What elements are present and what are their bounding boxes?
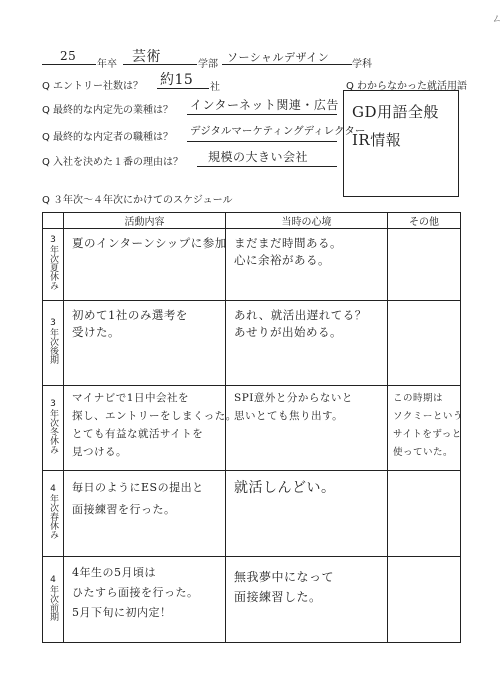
department-suffix-label: 学科 (352, 55, 372, 70)
department-value: ソーシャルデザイン (227, 49, 329, 65)
activity-line: 毎日のようにESの提出と (72, 477, 219, 499)
period-label: 3年次夏休み (48, 235, 58, 290)
table-header-row: 活動内容 当時の心境 その他 (43, 213, 461, 229)
activity-cell: 初めて1社のみ選考を 受けた。 (64, 301, 226, 386)
answer-underline (197, 166, 337, 167)
feeling-line: SPI意外と分からないと (234, 389, 381, 407)
year-underline (42, 64, 96, 65)
activity-line: 5月下旬に初内定！ (72, 603, 219, 623)
feeling-line: あれ、就活出遅れてる？ (234, 307, 381, 324)
other-line: ソクミーという (393, 408, 457, 426)
answer-value: インターネット関連・広告 (190, 96, 339, 113)
activity-line: ひたすら面接を行った。 (72, 583, 219, 603)
terms-line: IR情報 (352, 129, 401, 150)
other-cell: この時期は ソクミーという サイトをずっと 使っていた。 (388, 386, 461, 471)
period-cell: 3年次夏休み (43, 229, 64, 301)
period-cell: 4年次春休み (43, 471, 64, 557)
column-header-other: その他 (388, 213, 461, 229)
terms-answer-box: GD用語全般 IR情報 (343, 90, 459, 197)
schedule-table: 活動内容 当時の心境 その他 3年次夏休み 夏のインターンシップに参加 まだまだ… (42, 212, 461, 643)
answer-underline (187, 141, 337, 142)
activity-cell: 4年生の5月頃は ひたすら面接を行った。 5月下旬に初内定！ (64, 557, 226, 643)
feeling-cell: 就活しんどい。 (226, 471, 388, 557)
activity-line: 4年生の5月頃は (72, 563, 219, 583)
period-cell: 3年次後期 (43, 301, 64, 386)
faculty-suffix-label: 学部 (198, 55, 218, 70)
answer-value: デジタルマーケティングディレクター (190, 123, 365, 138)
terms-line: GD用語全般 (352, 101, 439, 122)
answer-underline (187, 114, 337, 115)
activity-cell: マイナビで1日中会社を 探し、エントリーをしまくった。 とても有益な就活サイトを… (64, 386, 226, 471)
feeling-line: あせりが出始める。 (234, 324, 381, 341)
other-cell (388, 557, 461, 643)
period-label: 4年次春休み (48, 484, 58, 539)
feeling-line: 就活しんどい。 (234, 477, 381, 499)
table-row: 4年次前期 4年生の5月頃は ひたすら面接を行った。 5月下旬に初内定！ 無我夢… (43, 557, 461, 643)
question-label: Q エントリー社数は？ (42, 77, 143, 92)
feeling-cell: SPI意外と分からないと 思いとても焦り出す。 (226, 386, 388, 471)
faculty-value: 芸術 (132, 46, 161, 66)
feeling-line: 心に余裕がある。 (234, 252, 381, 269)
feeling-cell: まだまだ時間ある。 心に余裕がある。 (226, 229, 388, 301)
table-row: 3年次冬休み マイナビで1日中会社を 探し、エントリーをしまくった。 とても有益… (43, 386, 461, 471)
schedule-title: Q ３年次～４年次にかけてのスケジュール (42, 191, 232, 206)
period-cell: 4年次前期 (43, 557, 64, 643)
graduation-year: 25 (60, 49, 76, 63)
other-cell (388, 229, 461, 301)
column-header-period (43, 213, 64, 229)
column-header-activity: 活動内容 (64, 213, 226, 229)
answer-value: 規模の大きい会社 (208, 148, 308, 165)
table-row: 3年次後期 初めて1社のみ選考を 受けた。 あれ、就活出遅れてる？ あせりが出始… (43, 301, 461, 386)
table-row: 4年次春休み 毎日のようにESの提出と 面接練習を行った。 就活しんどい。 (43, 471, 461, 557)
activity-line: 見つける。 (72, 443, 219, 461)
activity-cell: 夏のインターンシップに参加 (64, 229, 226, 301)
answer-suffix: 社 (210, 78, 220, 93)
activity-line: 夏のインターンシップに参加 (72, 235, 219, 252)
column-header-feeling: 当時の心境 (226, 213, 388, 229)
activity-line: マイナビで1日中会社を (72, 389, 219, 407)
activity-line: とても有益な就活サイトを (72, 425, 219, 443)
table-row: 3年次夏休み 夏のインターンシップに参加 まだまだ時間ある。 心に余裕がある。 (43, 229, 461, 301)
feeling-line: まだまだ時間ある。 (234, 235, 381, 252)
answer-value: 約15 (160, 69, 193, 89)
activity-cell: 毎日のようにESの提出と 面接練習を行った。 (64, 471, 226, 557)
question-label: Q 最終的な内定先の業種は？ (42, 101, 173, 116)
other-line: この時期は (393, 390, 457, 408)
feeling-cell: 無我夢中になって 面接練習した。 (226, 557, 388, 643)
activity-line: 初めて1社のみ選考を (72, 307, 219, 324)
period-label: 3年次冬休み (48, 399, 58, 454)
other-cell (388, 471, 461, 557)
question-label: Q 入社を決めた１番の理由は？ (42, 153, 183, 168)
question-label: Q 最終的な内定者の職種は？ (42, 128, 173, 143)
other-line: 使っていた。 (393, 444, 457, 462)
feeling-line: 無我夢中になって (234, 567, 381, 587)
corner-mark: ㄥ (492, 10, 500, 25)
activity-line: 受けた。 (72, 324, 219, 341)
period-cell: 3年次冬休み (43, 386, 64, 471)
feeling-line: 面接練習した。 (234, 587, 381, 607)
period-label: 4年次前期 (48, 575, 58, 621)
activity-line: 探し、エントリーをしまくった。 (72, 407, 219, 425)
period-label: 3年次後期 (48, 318, 58, 364)
feeling-line: 思いとても焦り出す。 (234, 407, 381, 425)
other-cell (388, 301, 461, 386)
activity-line: 面接練習を行った。 (72, 499, 219, 521)
other-line: サイトをずっと (393, 426, 457, 444)
feeling-cell: あれ、就活出遅れてる？ あせりが出始める。 (226, 301, 388, 386)
year-suffix-label: 年卒 (97, 55, 117, 70)
